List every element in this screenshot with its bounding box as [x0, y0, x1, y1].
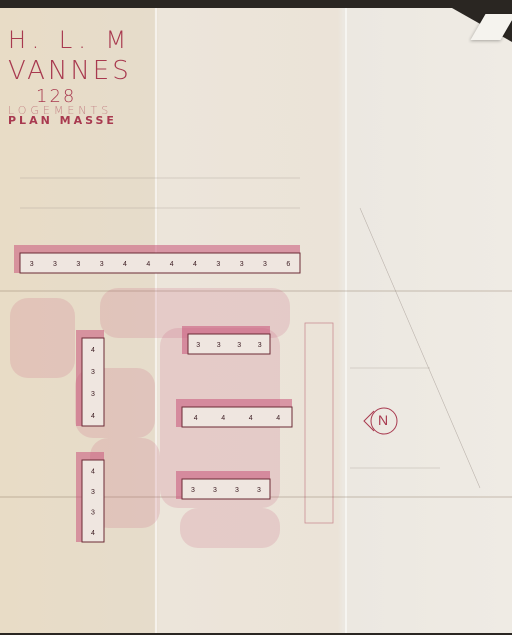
svg-text:4: 4 — [91, 413, 95, 420]
svg-text:3: 3 — [257, 487, 261, 494]
svg-text:6: 6 — [286, 261, 290, 268]
svg-text:4: 4 — [221, 415, 225, 422]
svg-text:4: 4 — [91, 530, 95, 537]
svg-text:4: 4 — [276, 415, 280, 422]
svg-text:4: 4 — [194, 415, 198, 422]
svg-text:3: 3 — [237, 342, 241, 349]
svg-text:3: 3 — [258, 342, 262, 349]
svg-text:4: 4 — [193, 261, 197, 268]
svg-text:3: 3 — [91, 369, 95, 376]
svg-text:3: 3 — [76, 261, 80, 268]
svg-text:4: 4 — [249, 415, 253, 422]
site-plan-drawing: 33334444333643344334333344443333 — [0, 8, 512, 633]
svg-text:3: 3 — [91, 509, 95, 516]
svg-text:3: 3 — [263, 261, 267, 268]
svg-text:3: 3 — [191, 487, 195, 494]
svg-text:3: 3 — [216, 261, 220, 268]
svg-text:3: 3 — [30, 261, 34, 268]
svg-text:3: 3 — [53, 261, 57, 268]
north-label: N — [378, 412, 388, 428]
svg-text:3: 3 — [91, 489, 95, 496]
svg-text:3: 3 — [196, 342, 200, 349]
svg-text:4: 4 — [91, 347, 95, 354]
svg-text:3: 3 — [213, 487, 217, 494]
svg-text:4: 4 — [146, 261, 150, 268]
svg-text:3: 3 — [100, 261, 104, 268]
svg-text:3: 3 — [240, 261, 244, 268]
svg-text:3: 3 — [235, 487, 239, 494]
svg-text:3: 3 — [217, 342, 221, 349]
svg-text:4: 4 — [170, 261, 174, 268]
svg-text:4: 4 — [91, 468, 95, 475]
north-arrow: N — [362, 406, 402, 436]
svg-text:3: 3 — [91, 391, 95, 398]
svg-text:4: 4 — [123, 261, 127, 268]
site-plan-sheet: H. L. M VANNES 128 LOGEMENTS PLAN MASSE … — [0, 8, 512, 633]
